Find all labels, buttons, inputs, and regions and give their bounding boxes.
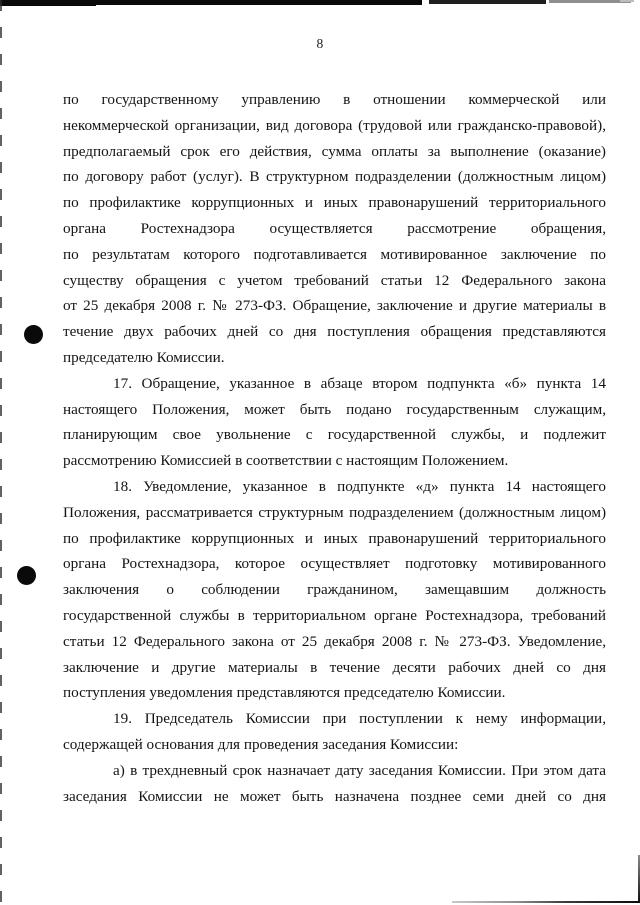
hole-punch-mark xyxy=(17,566,36,585)
text-line: существу обращения с учетом требований с… xyxy=(63,268,606,294)
text-line: течение двух рабочих дней со дня поступл… xyxy=(63,319,606,345)
text-line: по результатам которого подготавливается… xyxy=(63,242,606,268)
paragraph: по государственному управлению в отношен… xyxy=(63,87,606,371)
text-line: предполагаемый срок его действия, сумма … xyxy=(63,139,606,165)
text-line: органа Ростехнадзора, которое осуществля… xyxy=(63,551,606,577)
text-line: Положения, рассматривается структурным п… xyxy=(63,500,606,526)
text-line: по договору работ (услуг). В структурном… xyxy=(63,164,606,190)
text-line: председателю Комиссии. xyxy=(63,345,606,371)
text-line: 18. Уведомление, указанное в подпункте «… xyxy=(63,474,606,500)
scan-top-edge-artifact xyxy=(0,0,422,5)
text-line: планирующим свое увольнение с государств… xyxy=(63,422,606,448)
text-line: заседания Комиссии не может быть назначе… xyxy=(63,784,606,810)
text-line: по государственному управлению в отношен… xyxy=(63,87,606,113)
text-line: органа Ростехнадзора осуществляется расс… xyxy=(63,216,606,242)
text-line: некоммерческой организации, вид договора… xyxy=(63,113,606,139)
text-line: заключения о соблюдении гражданином, зам… xyxy=(63,577,606,603)
text-line: по профилактике коррупционных и иных пра… xyxy=(63,526,606,552)
hole-punch-mark xyxy=(24,325,43,344)
document-page: 8 по государственному управлению в отнош… xyxy=(0,0,640,905)
text-line: поступления уведомления представляются п… xyxy=(63,680,606,706)
text-line: 17. Обращение, указанное в абзаце втором… xyxy=(63,371,606,397)
text-line: государственной службы в территориальном… xyxy=(63,603,606,629)
scan-top-edge-artifact xyxy=(549,0,631,3)
paragraph: 19. Председатель Комиссии при поступлени… xyxy=(63,706,606,758)
text-line: настоящего Положения, может быть подано … xyxy=(63,397,606,423)
paragraph: 18. Уведомление, указанное в подпункте «… xyxy=(63,474,606,706)
text-line: 19. Председатель Комиссии при поступлени… xyxy=(63,706,606,732)
scan-top-edge-artifact xyxy=(429,0,546,4)
scan-left-edge-artifact xyxy=(0,0,2,905)
text-line: от 25 декабря 2008 г. № 273-ФЗ. Обращени… xyxy=(63,293,606,319)
paragraph: 17. Обращение, указанное в абзаце втором… xyxy=(63,371,606,474)
text-line: а) в трехдневный срок назначает дату зас… xyxy=(63,758,606,784)
text-line: заключение и другие материалы в течение … xyxy=(63,655,606,681)
scan-bottom-edge-artifact xyxy=(452,901,640,904)
text-body: по государственному управлению в отношен… xyxy=(63,87,606,809)
paragraph: а) в трехдневный срок назначает дату зас… xyxy=(63,758,606,810)
text-line: по профилактике коррупционных и иных пра… xyxy=(63,190,606,216)
page-number: 8 xyxy=(0,36,640,52)
text-line: статьи 12 Федерального закона от 25 дека… xyxy=(63,629,606,655)
text-line: рассмотрению Комиссией в соответствии с … xyxy=(63,448,606,474)
scan-top-edge-artifact xyxy=(620,0,634,2)
text-line: содержащей основания для проведения засе… xyxy=(63,732,606,758)
